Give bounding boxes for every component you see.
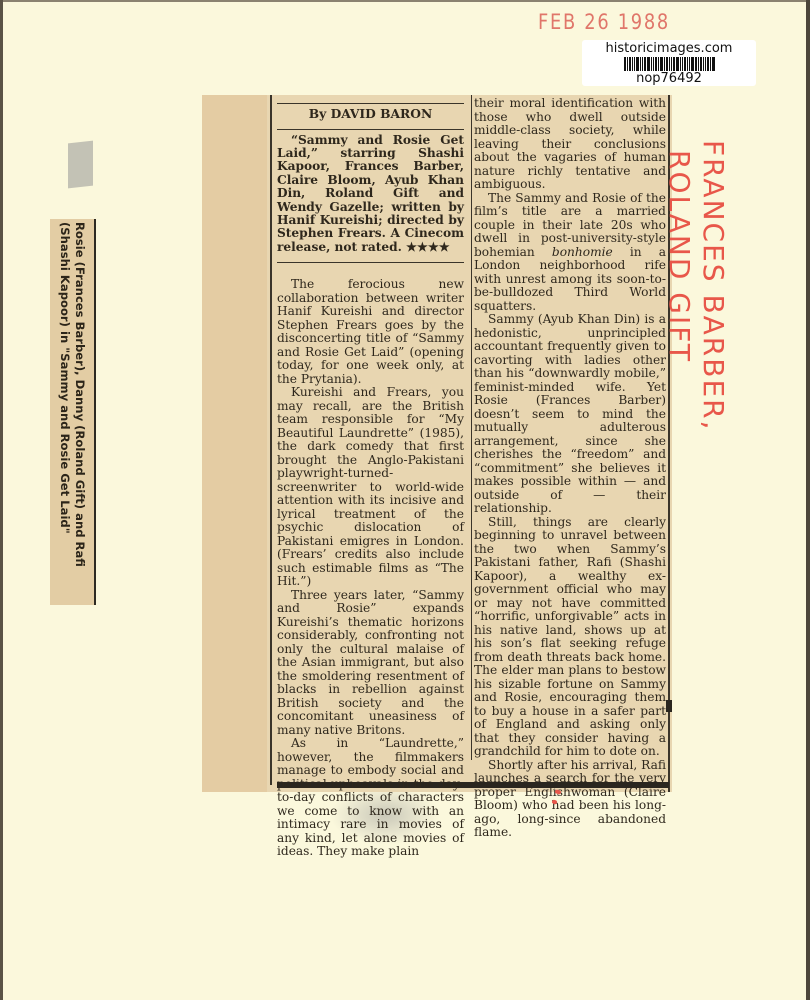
page-top-edge xyxy=(0,0,810,2)
credits-rule xyxy=(277,262,464,263)
page-right-edge xyxy=(806,0,810,1000)
column-rule-left xyxy=(270,95,272,785)
page-left-edge xyxy=(0,0,3,1000)
article-paragraph: their moral identification with those wh… xyxy=(474,97,666,192)
column-rule-middle xyxy=(471,95,472,760)
article-paragraph: As in “Laundrette,” however, the filmmak… xyxy=(277,737,464,859)
tape-residue xyxy=(68,141,93,189)
handwritten-line-2: ROLAND GIFT xyxy=(662,150,696,432)
italic-term: bonhomie xyxy=(552,245,613,259)
date-stamp: FEB 26 1988 xyxy=(538,10,670,34)
article-paragraph: Sammy (Ayub Khan Din) is a hedonistic, u… xyxy=(474,313,666,516)
film-credits: “Sammy and Rosie Get Laid,” starring Sha… xyxy=(277,134,464,255)
barcode-icon xyxy=(582,57,756,71)
handwritten-line-1: FRANCES BARBER, xyxy=(696,140,730,432)
article-paragraph: Still, things are clearly beginning to u… xyxy=(474,516,666,759)
handwritten-note: FRANCES BARBER, ROLAND GIFT xyxy=(662,140,730,432)
byline: By DAVID BARON xyxy=(277,104,464,123)
newspaper-clipping: By DAVID BARON “Sammy and Rosie Get Laid… xyxy=(202,95,672,792)
byline-rule xyxy=(277,129,464,130)
article-paragraph: The Sammy and Rosie of the film’s title … xyxy=(474,192,666,314)
archive-site: historicimages.com xyxy=(582,41,756,56)
archive-label: historicimages.com nop76492 xyxy=(582,40,756,86)
photo-caption-strip: Rosie (Frances Barber), Danny (Roland Gi… xyxy=(50,219,96,605)
article-column-1: By DAVID BARON “Sammy and Rosie Get Laid… xyxy=(277,97,464,859)
archive-code: nop76492 xyxy=(582,71,756,86)
photo-caption: Rosie (Frances Barber), Danny (Roland Gi… xyxy=(57,222,87,602)
article-column-2: their moral identification with those wh… xyxy=(474,97,666,840)
article-paragraph: Shortly after his arrival, Rafi launches… xyxy=(474,759,666,840)
article-paragraph: Three years later, “Sammy and Rosie” exp… xyxy=(277,589,464,738)
clipping-margin xyxy=(202,95,267,792)
column-end-mark xyxy=(666,700,672,712)
article-paragraph: The ferocious new collaboration between … xyxy=(277,278,464,386)
article-paragraph: Kureishi and Frears, you may recall, are… xyxy=(277,386,464,589)
